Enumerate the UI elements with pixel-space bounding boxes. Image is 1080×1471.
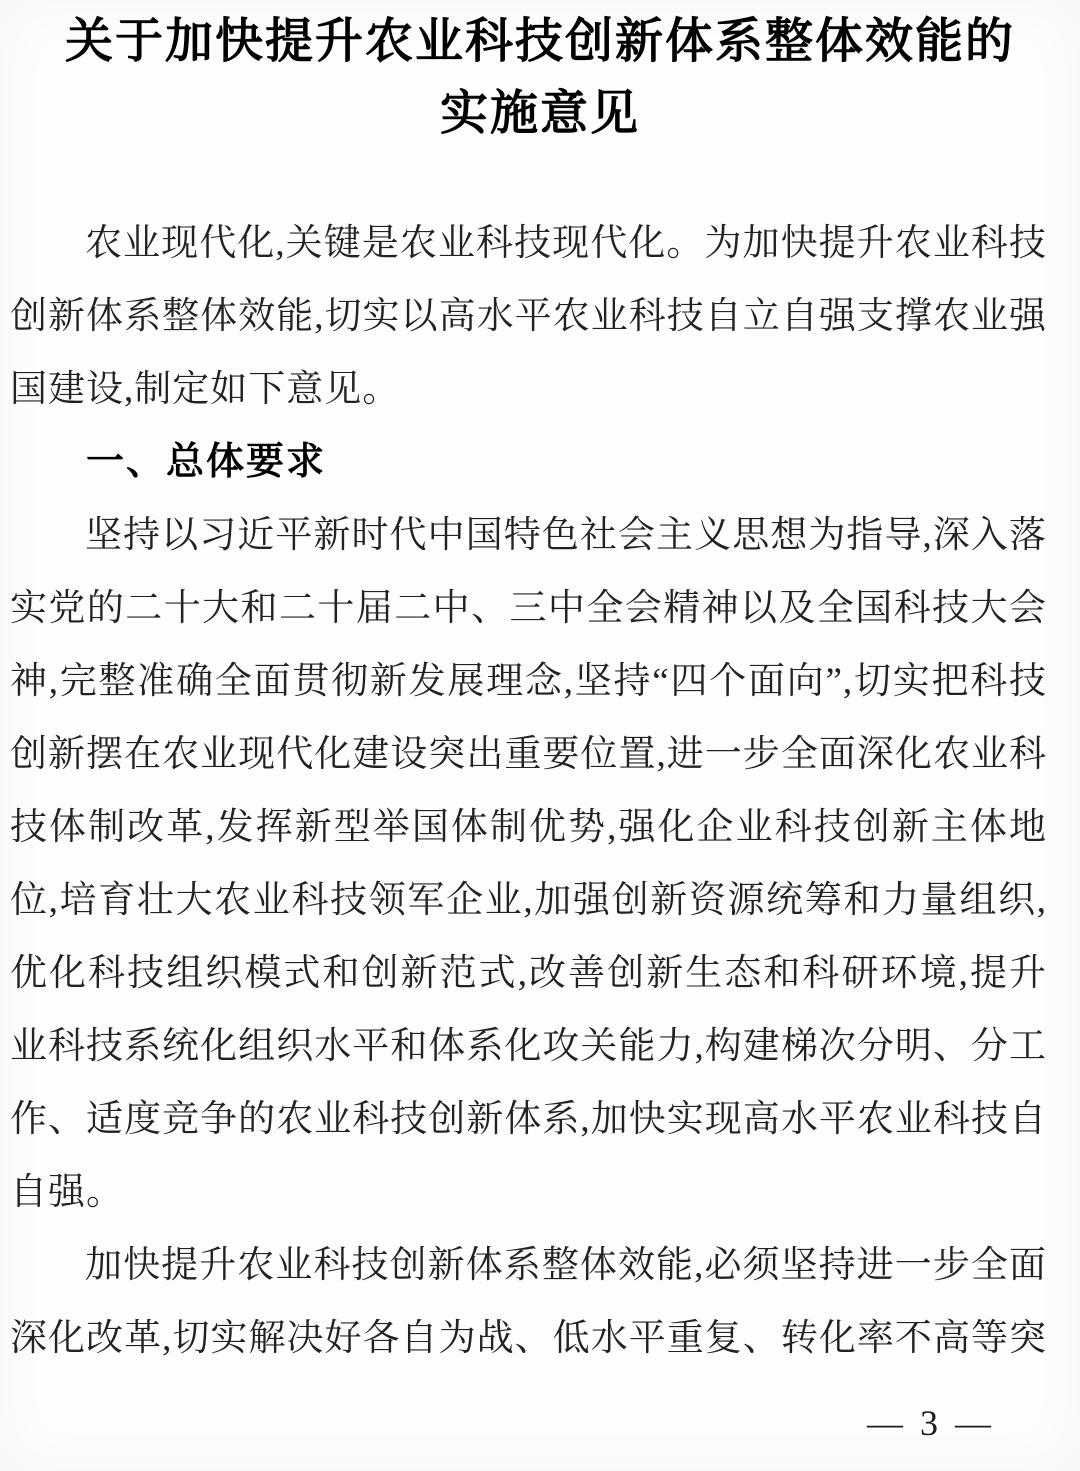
page-number: — 3 —	[867, 1402, 995, 1444]
document-title: 关于加快提升农业科技创新体系整体效能的 实施意见	[0, 0, 1080, 150]
paragraph-line: 自强。	[10, 1156, 1047, 1229]
document-title-line-2: 实施意见	[0, 78, 1080, 150]
paragraph-1: 农业现代化,关键是农业科技现代化。为加快提升农业科技 创新体系整体效能,切实以高…	[10, 207, 1047, 426]
paragraph-line: 神,完整准确全面贯彻新发展理念,坚持“四个面向”,切实把科技	[10, 645, 1047, 718]
paragraph-line: 实党的二十大和二十届二中、三中全会精神以及全国科技大会精	[10, 572, 1047, 645]
document-page: 关于加快提升农业科技创新体系整体效能的 实施意见 农业现代化,关键是农业科技现代…	[0, 0, 1080, 1471]
paragraph-line: 位,培育壮大农业科技领军企业,加强创新资源统筹和力量组织,	[10, 864, 1047, 937]
document-body: 农业现代化,关键是农业科技现代化。为加快提升农业科技 创新体系整体效能,切实以高…	[10, 207, 1047, 1375]
document-title-line-1: 关于加快提升农业科技创新体系整体效能的	[0, 6, 1080, 78]
paragraph-line: 创新摆在农业现代化建设突出重要位置,进一步全面深化农业科	[10, 718, 1047, 791]
paragraph-line: 坚持以习近平新时代中国特色社会主义思想为指导,深入落	[10, 499, 1047, 572]
paragraph-line: 优化科技组织模式和创新范式,改善创新生态和科研环境,提升农	[10, 937, 1047, 1010]
paragraph-line: 加快提升农业科技创新体系整体效能,必须坚持进一步全面	[10, 1229, 1047, 1302]
section-heading-1: 一、总体要求	[10, 426, 1047, 499]
paragraph-line: 国建设,制定如下意见。	[10, 353, 1047, 426]
paragraph-line: 深化改革,切实解决好各自为战、低水平重复、转化率不高等突出	[10, 1302, 1047, 1375]
paragraph-3: 加快提升农业科技创新体系整体效能,必须坚持进一步全面 深化改革,切实解决好各自为…	[10, 1229, 1047, 1375]
paragraph-2: 坚持以习近平新时代中国特色社会主义思想为指导,深入落 实党的二十大和二十届二中、…	[10, 499, 1047, 1229]
paragraph-line: 农业现代化,关键是农业科技现代化。为加快提升农业科技	[10, 207, 1047, 280]
paragraph-line: 技体制改革,发挥新型举国体制优势,强化企业科技创新主体地	[10, 791, 1047, 864]
paragraph-line: 业科技系统化组织水平和体系化攻关能力,构建梯次分明、分工协	[10, 1010, 1047, 1083]
paragraph-line: 创新体系整体效能,切实以高水平农业科技自立自强支撑农业强	[10, 280, 1047, 353]
paragraph-line: 作、适度竞争的农业科技创新体系,加快实现高水平农业科技自立	[10, 1083, 1047, 1156]
